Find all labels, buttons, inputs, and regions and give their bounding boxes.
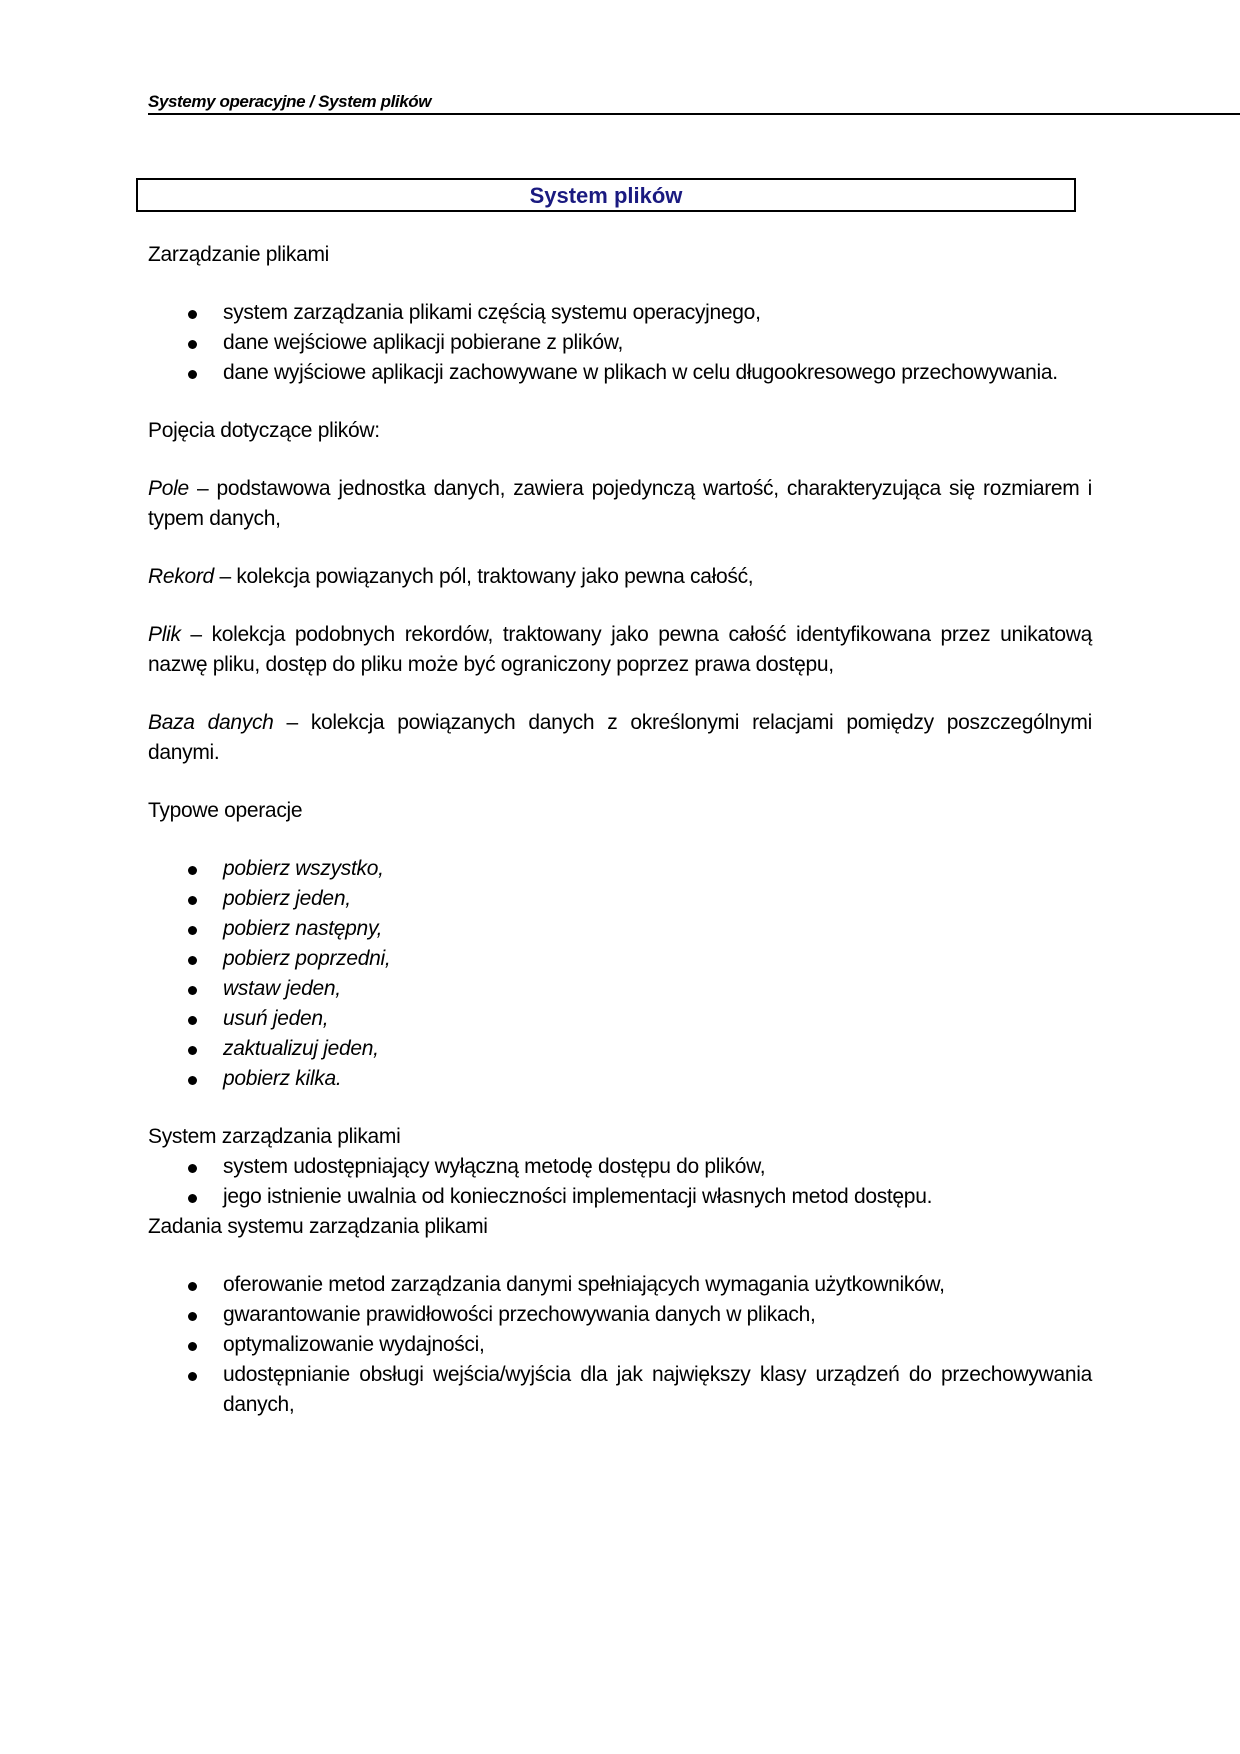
definition-term: Baza danych [148, 711, 274, 734]
bullet-icon [188, 1194, 197, 1203]
list-item: system udostępniający wyłączną metodę do… [148, 1152, 1092, 1182]
list-item: pobierz poprzedni, [148, 944, 1092, 974]
definition-term: Pole [148, 477, 189, 500]
bullet-icon [188, 986, 197, 995]
document-body: Zarządzanie plikami system zarządzania p… [148, 240, 1092, 1420]
bullet-icon [188, 1016, 197, 1025]
title-box: System plików [136, 178, 1076, 212]
bullet-icon [188, 1076, 197, 1085]
definition-baza-danych: Baza danych – kolekcja powiązanych danyc… [148, 708, 1092, 768]
list-item: usuń jeden, [148, 1004, 1092, 1034]
bullet-icon [188, 1342, 197, 1351]
definition-term: Rekord [148, 565, 214, 588]
list-item: zaktualizuj jeden, [148, 1034, 1092, 1064]
list-item: dane wejściowe aplikacji pobierane z pli… [148, 328, 1092, 358]
section-heading-concepts: Pojęcia dotyczące plików: [148, 416, 1092, 446]
bullet-icon [188, 896, 197, 905]
operations-list: pobierz wszystko, pobierz jeden, pobierz… [148, 854, 1092, 1094]
section-heading-file-management: Zarządzanie plikami [148, 240, 1092, 270]
list-item: pobierz jeden, [148, 884, 1092, 914]
list-item: oferowanie metod zarządzania danymi speł… [148, 1270, 1092, 1300]
list-item: jego istnienie uwalnia od konieczności i… [148, 1182, 1092, 1212]
fms-tasks-list: oferowanie metod zarządzania danymi speł… [148, 1270, 1092, 1420]
section-heading-fms-tasks: Zadania systemu zarządzania plikami [148, 1212, 1092, 1242]
bullet-icon [188, 1372, 197, 1381]
definition-pole: Pole – podstawowa jednostka danych, zawi… [148, 474, 1092, 534]
list-item: pobierz wszystko, [148, 854, 1092, 884]
list-item: wstaw jeden, [148, 974, 1092, 1004]
bullet-icon [188, 1164, 197, 1173]
bullet-icon [188, 370, 197, 379]
list-item: dane wyjściowe aplikacji zachowywane w p… [148, 358, 1092, 388]
list-item: gwarantowanie prawidłowości przechowywan… [148, 1300, 1092, 1330]
bullet-icon [188, 866, 197, 875]
section-heading-operations: Typowe operacje [148, 796, 1092, 826]
list-item: system zarządzania plikami częścią syste… [148, 298, 1092, 328]
bullet-icon [188, 340, 197, 349]
bullet-icon [188, 926, 197, 935]
list-item: udostępnianie obsługi wejścia/wyjścia dl… [148, 1360, 1092, 1420]
definition-term: Plik [148, 623, 181, 646]
bullet-icon [188, 1282, 197, 1291]
list-item: pobierz następny, [148, 914, 1092, 944]
header-rule [148, 113, 1240, 115]
definition-rekord: Rekord – kolekcja powiązanych pól, trakt… [148, 562, 1092, 592]
file-management-list: system zarządzania plikami częścią syste… [148, 298, 1092, 388]
page-title: System plików [530, 184, 683, 208]
section-heading-fms: System zarządzania plikami [148, 1122, 1092, 1152]
bullet-icon [188, 1046, 197, 1055]
list-item: pobierz kilka. [148, 1064, 1092, 1094]
fms-list: system udostępniający wyłączną metodę do… [148, 1152, 1092, 1212]
bullet-icon [188, 956, 197, 965]
definition-plik: Plik – kolekcja podobnych rekordów, trak… [148, 620, 1092, 680]
list-item: optymalizowanie wydajności, [148, 1330, 1092, 1360]
running-header: Systemy operacyjne / System plików [148, 92, 431, 112]
bullet-icon [188, 310, 197, 319]
bullet-icon [188, 1312, 197, 1321]
